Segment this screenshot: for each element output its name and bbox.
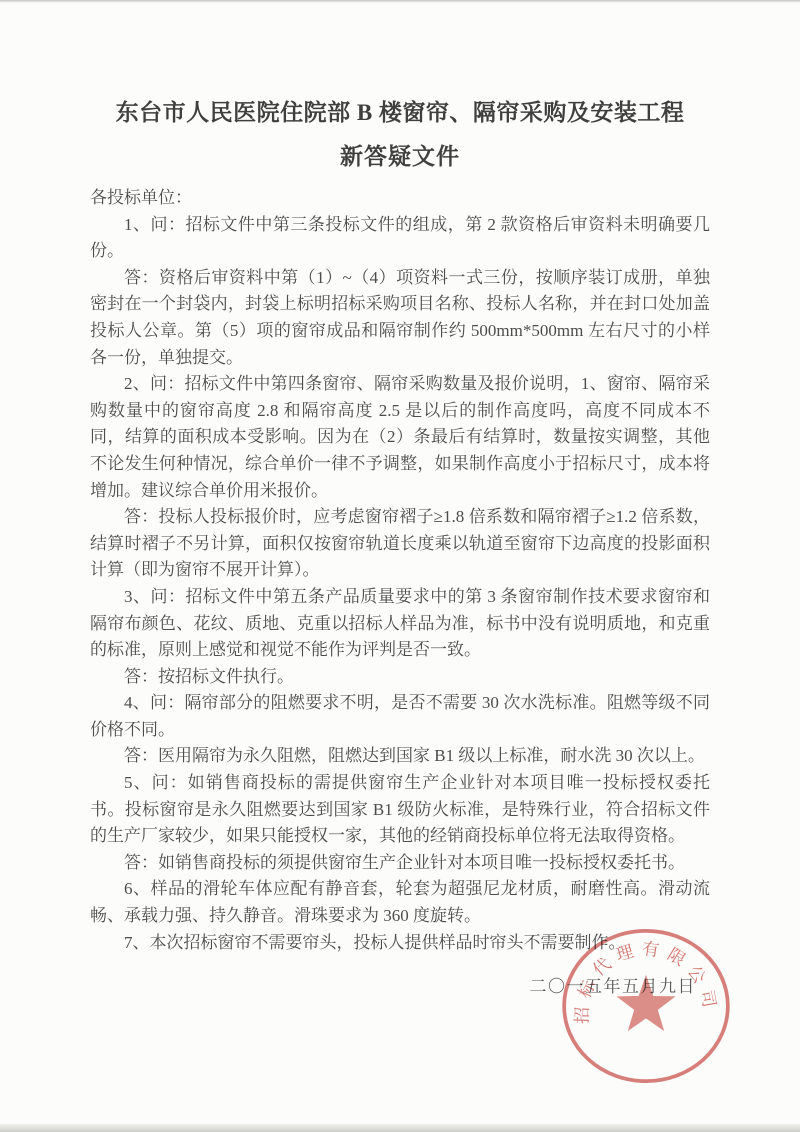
paragraph-item6: 6、样品的滑轮车体应配有静音套，轮套为超强尼龙材质，耐磨性高。滑动流畅、承载力强… <box>90 876 710 929</box>
paragraph-a5: 答：如销售商投标的须提供窗帘生产企业针对本项目唯一投标授权委托书。 <box>90 850 710 877</box>
paragraph-q1: 1、问：招标文件中第三条投标文件的组成，第 2 款资格后审资料未明确要几份。 <box>90 212 710 265</box>
paragraph-a4: 答：医用隔帘为永久阻燃，阻燃达到国家 B1 级以上标准，耐水洗 30 次以上。 <box>90 743 710 770</box>
salutation: 各投标单位： <box>90 185 710 212</box>
document-body: 1、问：招标文件中第三条投标文件的组成，第 2 款资格后审资料未明确要几份。 答… <box>90 212 710 957</box>
paragraph-a1: 答：资格后审资料中第（1）~（4）项资料一式三份，按顺序装订成册，单独密封在一个… <box>90 265 710 371</box>
paragraph-item7: 7、本次招标窗帘不需要帘头，投标人提供样品时帘头不需要制作。 <box>90 930 710 957</box>
paragraph-q4: 4、问：隔帘部分的阻燃要求不明，是否不需要 30 次水洗标准。阻燃等级不同价格不… <box>90 690 710 743</box>
document-date: 二〇一五年五月九日 <box>90 972 710 997</box>
paragraph-a2: 答：投标人投标报价时，应考虑窗帘褶子≥1.8 倍系数和隔帘褶子≥1.2 倍系数，… <box>90 504 710 584</box>
document-content: 东台市人民医院住院部 B 楼窗帘、隔帘采购及安装工程 新答疑文件 各投标单位： … <box>90 0 710 997</box>
paragraph-q5: 5、问：如销售商投标的需提供窗帘生产企业针对本项目唯一投标授权委托书。投标窗帘是… <box>90 770 710 850</box>
paragraph-a3: 答：按招标文件执行。 <box>90 664 710 691</box>
paragraph-q3: 3、问：招标文件中第五条产品质量要求中的第 3 条窗帘制作技术要求窗帘和隔帘布颜… <box>90 584 710 664</box>
document-title-line1: 东台市人民医院住院部 B 楼窗帘、隔帘采购及安装工程 <box>90 98 710 128</box>
scan-artifact-bottom-edge <box>0 1124 800 1132</box>
scanned-document-page: 东台市人民医院住院部 B 楼窗帘、隔帘采购及安装工程 新答疑文件 各投标单位： … <box>0 0 800 1132</box>
document-title-line2: 新答疑文件 <box>90 142 710 172</box>
paragraph-q2: 2、问：招标文件中第四条窗帘、隔帘采购数量及报价说明，1、窗帘、隔帘采购数量中的… <box>90 371 710 504</box>
